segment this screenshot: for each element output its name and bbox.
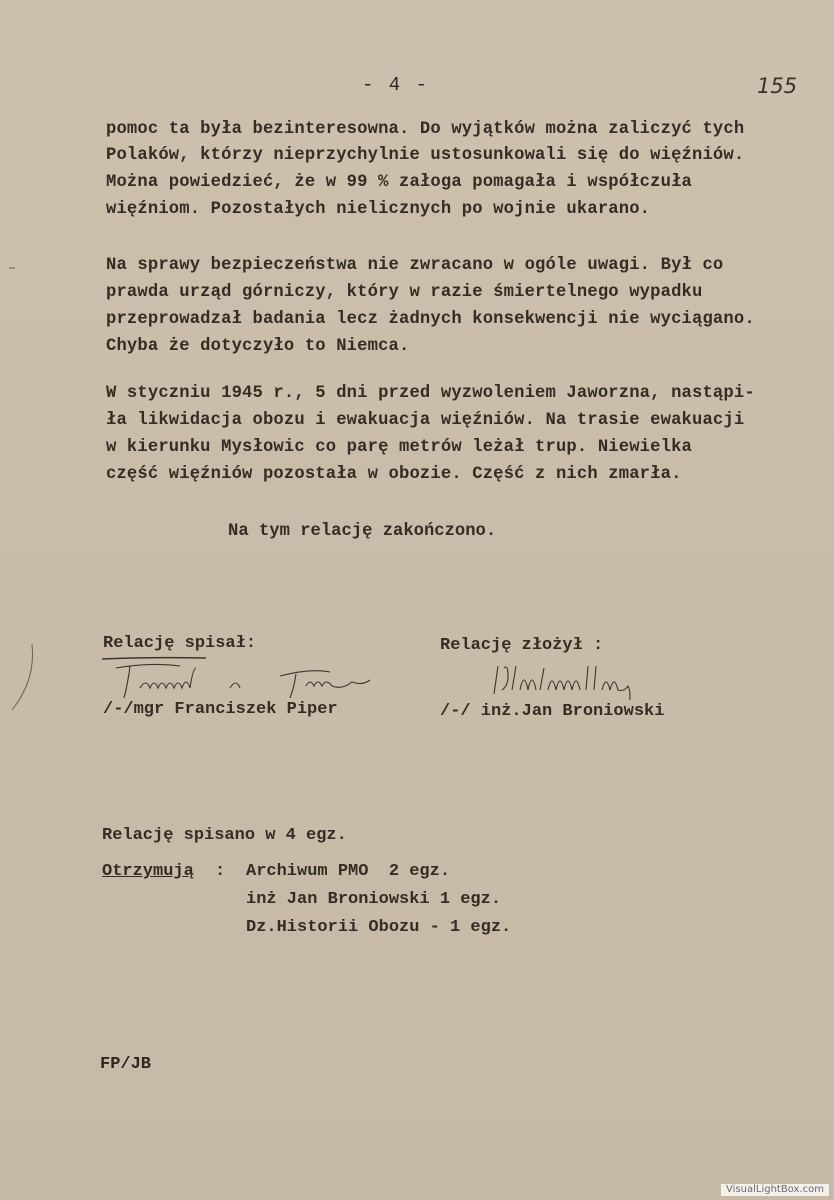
paragraph-1-line-3: Można powiedzieć, że w 99 % załoga pomag… [106,173,692,192]
page-number: - 4 - [362,74,429,96]
closing-statement: Na tym relację zakończono. [228,522,496,541]
recipient-3: Dz.Historii Obozu - 1 egz. [246,918,511,937]
recipients-label: Otrzymują [102,862,194,881]
paragraph-1-line-1: pomoc ta była bezinteresowna. Do wyjątkó… [106,120,744,139]
recipient-2: inż Jan Broniowski 1 egz. [246,890,501,909]
margin-pencil-mark [8,640,38,715]
paragraph-2-line-2: prawda urząd górniczy, który w razie śmi… [106,283,702,302]
document-page: - 4 - 155 pomoc ta była bezinteresowna. … [0,0,834,1200]
recorder-name: /-/mgr Franciszek Piper [103,700,338,719]
recipients-colon: : [215,862,225,881]
typist-initials: FP/JB [100,1055,151,1074]
sheet-number: 155 [757,74,797,98]
watermark: VisualLightBox.com [721,1184,829,1196]
recorder-label: Relację spisał: [103,634,256,653]
paragraph-3-line-3: w kierunku Mysłowic co parę metrów leżał… [106,438,692,457]
paragraph-2-line-4: Chyba że dotyczyło to Niemca. [106,337,409,356]
paragraph-1-line-4: więźniom. Pozostałych nielicznych po woj… [106,200,650,219]
paragraph-3-line-2: ła likwidacja obozu i ewakuacja więźniów… [106,411,744,430]
paragraph-1-line-2: Polaków, którzy nieprzychylnie ustosunko… [106,146,744,165]
signature-broniowski [490,660,680,700]
paragraph-3-line-4: część więźniów pozostała w obozie. Część… [106,465,682,484]
recipient-1: Archiwum PMO 2 egz. [246,862,450,881]
paragraph-3-line-1: W styczniu 1945 r., 5 dni przed wyzwolen… [106,384,755,403]
paragraph-2-line-1: Na sprawy bezpieczeństwa nie zwracano w … [106,256,723,275]
copies-note: Relację spisano w 4 egz. [102,826,347,845]
signature-piper [110,658,400,704]
witness-name: /-/ inż.Jan Broniowski [440,702,664,721]
witness-label: Relację złożył : [440,636,603,655]
margin-dash [8,266,18,270]
paragraph-2-line-3: przeprowadzał badania lecz żadnych konse… [106,310,755,329]
